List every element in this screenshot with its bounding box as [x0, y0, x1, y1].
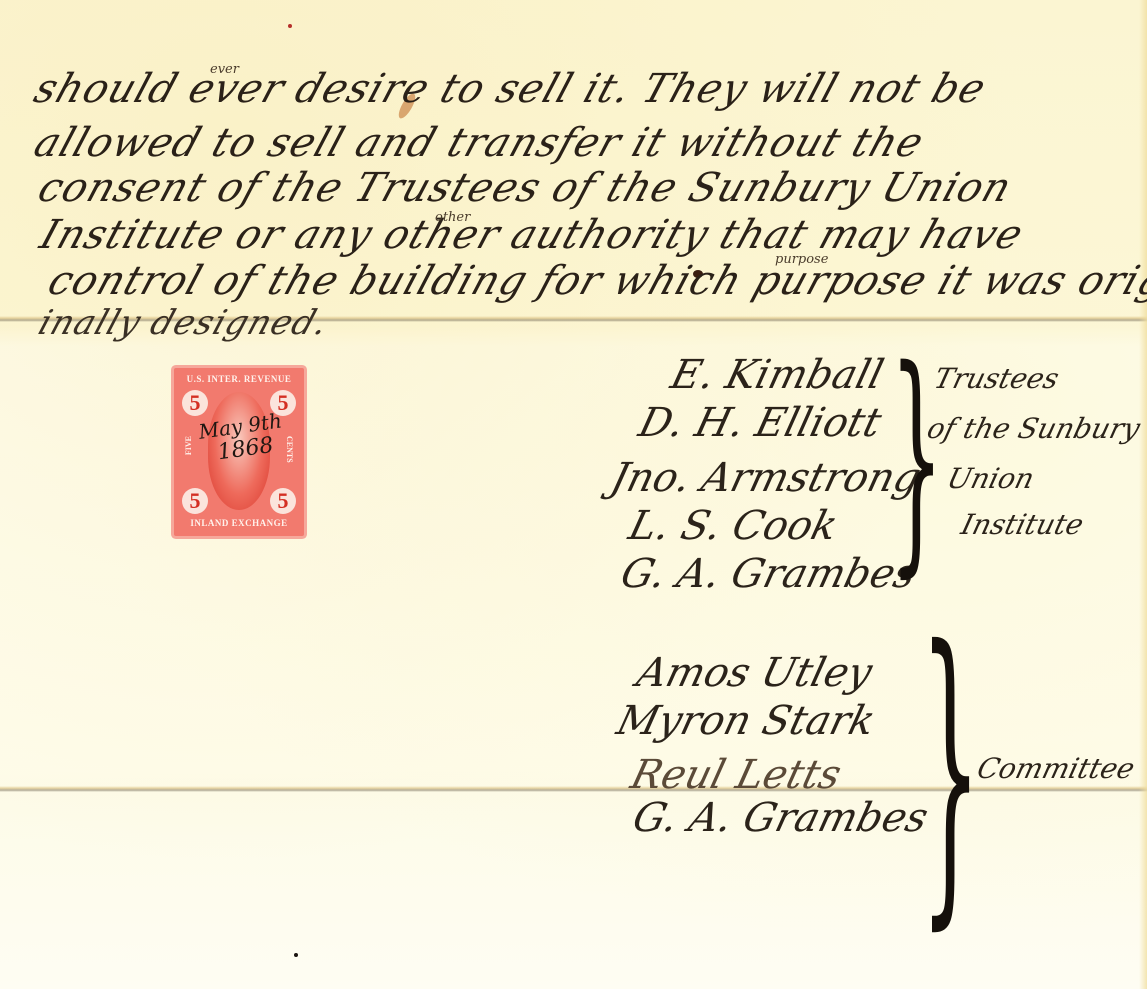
stamp-issuer: U.S. INTER. REVENUE — [174, 374, 304, 384]
body-line: should ever desire to sell it. They will… — [29, 66, 992, 112]
stamp-side-text: FIVE — [184, 436, 193, 455]
signature: G. A. Grambes — [616, 551, 920, 597]
signature: Reul Letts — [626, 752, 845, 798]
stamp-denomination: 5 — [270, 488, 296, 514]
body-line: inally designed. — [34, 303, 334, 343]
signature: E. Kimball — [666, 352, 888, 398]
interlinear-insertion: ever — [210, 62, 239, 77]
committee-label: Committee — [974, 752, 1138, 785]
committee-bracket-icon: } — [920, 610, 981, 930]
signature: G. A. Grambes — [628, 795, 932, 841]
ink-spot — [288, 24, 292, 28]
interlinear-insertion: purpose — [775, 252, 828, 267]
signature: D. H. Elliott — [634, 400, 886, 446]
signature: Amos Utley — [632, 650, 876, 696]
revenue-stamp: U.S. INTER. REVENUE 5 5 5 5 FIVE CENTS I… — [174, 368, 304, 536]
stamp-bottom-text: INLAND EXCHANGE — [174, 518, 304, 528]
stamp-side-text: CENTS — [285, 436, 294, 463]
body-line: consent of the Trustees of the Sunbury U… — [33, 165, 1018, 211]
ink-spot — [294, 953, 298, 957]
body-line: allowed to sell and transfer it without … — [29, 120, 930, 166]
interlinear-insertion: other — [435, 210, 470, 225]
stamp-denomination: 5 — [182, 488, 208, 514]
stamp-denomination: 5 — [182, 390, 208, 416]
paper-right-edge — [1139, 0, 1147, 989]
trustees-label: Union — [944, 462, 1038, 495]
signature: L. S. Cook — [624, 503, 842, 549]
stamp-cancellation: May 9th 1868 — [197, 408, 287, 467]
body-line: Institute or any other authority that ma… — [35, 212, 1030, 258]
trustees-label: Institute — [958, 508, 1087, 541]
signature: Jno. Armstrong — [606, 455, 925, 501]
signature: Myron Stark — [612, 698, 879, 744]
trustees-label: Trustees — [931, 362, 1062, 395]
trustees-label: of the Sunbury — [924, 412, 1144, 445]
body-line: control of the building for which purpos… — [43, 258, 1147, 304]
